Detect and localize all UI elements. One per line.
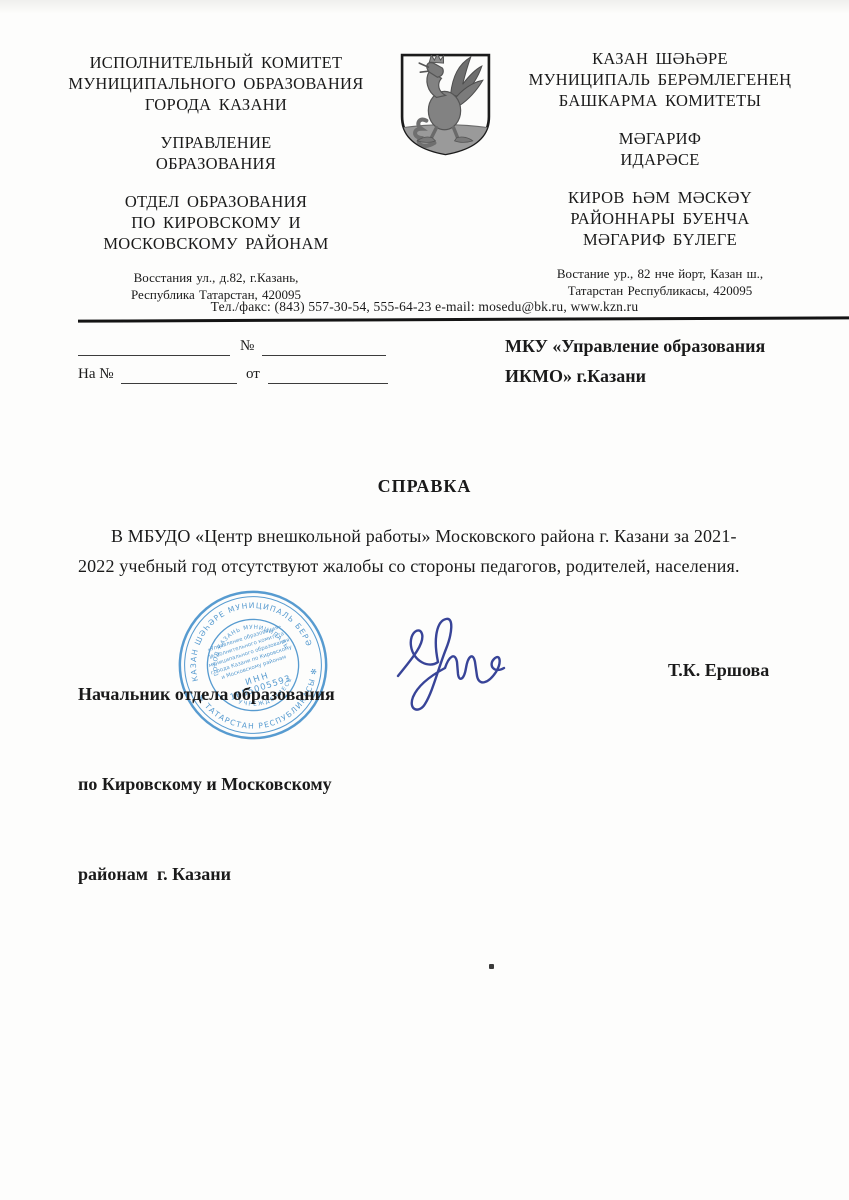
address-line: Татарстан Республикасы, 420095	[514, 282, 806, 299]
org-line: МОСКОВСКОМУ РАЙОНАМ	[58, 233, 374, 254]
blank-number-line	[262, 338, 386, 356]
org-line: УПРАВЛЕНИЕ	[58, 132, 374, 153]
org-line: ИСПОЛНИТЕЛЬНЫЙ КОМИТЕТ	[58, 52, 374, 73]
scanned-letter-page: ИСПОЛНИТЕЛЬНЫЙ КОМИТЕТ МУНИЦИПАЛЬНОГО ОБ…	[0, 0, 849, 1200]
divider-rule	[78, 316, 849, 322]
address-line: Восстания ул., д.82, г.Казань,	[58, 269, 374, 286]
position-line: районам г. Казани	[78, 859, 335, 889]
blank-reply-number-line	[121, 366, 237, 384]
org-line: ГОРОДА КАЗАНИ	[58, 94, 374, 115]
org-line: КИРОВ ҺӘМ МӘСКӘҮ	[514, 187, 806, 208]
org-committee-tat: КАЗАН ШӘҺӘРЕ МУНИЦИПАЛЬ БЕРӘМЛЕГЕНЕҢ БАШ…	[514, 48, 806, 111]
position-line: Начальник отдела образования	[78, 679, 335, 709]
addressee-block: МКУ «Управление образования ИКМО» г.Каза…	[505, 331, 825, 391]
org-line: ОБРАЗОВАНИЯ	[58, 153, 374, 174]
org-department-tat: МӘГАРИФ ИДАРӘСЕ	[514, 128, 806, 170]
contact-line: Тел./факс: (843) 557-30-54, 555-64-23 e-…	[0, 299, 849, 315]
org-line: МУНИЦИПАЛЬ БЕРӘМЛЕГЕНЕҢ	[514, 69, 806, 90]
org-line: ПО КИРОВСКОМУ И	[58, 212, 374, 233]
org-division-tat: КИРОВ ҺӘМ МӘСКӘҮ РАЙОННАРЫ БУЕНЧА МӘГАРИ…	[514, 187, 806, 250]
org-division-ru: ОТДЕЛ ОБРАЗОВАНИЯ ПО КИРОВСКОМУ И МОСКОВ…	[58, 191, 374, 254]
org-line: МӘГАРИФ БҮЛЕГЕ	[514, 229, 806, 250]
signatory-position: Начальник отдела образования по Кировско…	[78, 619, 335, 949]
kazan-coat-of-arms-icon	[398, 52, 493, 157]
scan-speck	[489, 964, 494, 969]
position-line: по Кировскому и Московскому	[78, 769, 335, 799]
reply-label: На №	[78, 366, 114, 383]
blank-date-line	[78, 338, 230, 356]
org-committee-ru: ИСПОЛНИТЕЛЬНЫЙ КОМИТЕТ МУНИЦИПАЛЬНОГО ОБ…	[58, 52, 374, 115]
blank-reply-date-line	[268, 366, 388, 384]
address-line: Востание ур., 82 нче йорт, Казан ш.,	[514, 265, 806, 282]
paragraph-line: В МБУДО «Центр внешкольной работы» Моско…	[78, 521, 825, 551]
org-address-tat: Востание ур., 82 нче йорт, Казан ш., Тат…	[514, 265, 806, 299]
org-line: МӘГАРИФ	[514, 128, 806, 149]
org-name-tatar: КАЗАН ШӘҺӘРЕ МУНИЦИПАЛЬ БЕРӘМЛЕГЕНЕҢ БАШ…	[514, 48, 806, 299]
org-name-russian: ИСПОЛНИТЕЛЬНЫЙ КОМИТЕТ МУНИЦИПАЛЬНОГО ОБ…	[58, 52, 374, 303]
handwritten-signature	[370, 608, 542, 726]
org-line: МУНИЦИПАЛЬНОГО ОБРАЗОВАНИЯ	[58, 73, 374, 94]
addressee-line: МКУ «Управление образования	[505, 331, 825, 361]
org-line: ИДАРӘСЕ	[514, 149, 806, 170]
org-line: КАЗАН ШӘҺӘРЕ	[514, 48, 806, 69]
signatory-name: Т.К. Ершова	[668, 660, 769, 681]
org-address-ru: Восстания ул., д.82, г.Казань, Республик…	[58, 269, 374, 303]
org-department-ru: УПРАВЛЕНИЕ ОБРАЗОВАНИЯ	[58, 132, 374, 174]
org-line: БАШКАРМА КОМИТЕТЫ	[514, 90, 806, 111]
org-line: РАЙОННАРЫ БУЕНЧА	[514, 208, 806, 229]
org-line: ОТДЕЛ ОБРАЗОВАНИЯ	[58, 191, 374, 212]
document-title: СПРАВКА	[0, 476, 849, 497]
number-label: №	[240, 338, 254, 355]
addressee-line: ИКМО» г.Казани	[505, 361, 825, 391]
from-label: от	[246, 366, 260, 383]
